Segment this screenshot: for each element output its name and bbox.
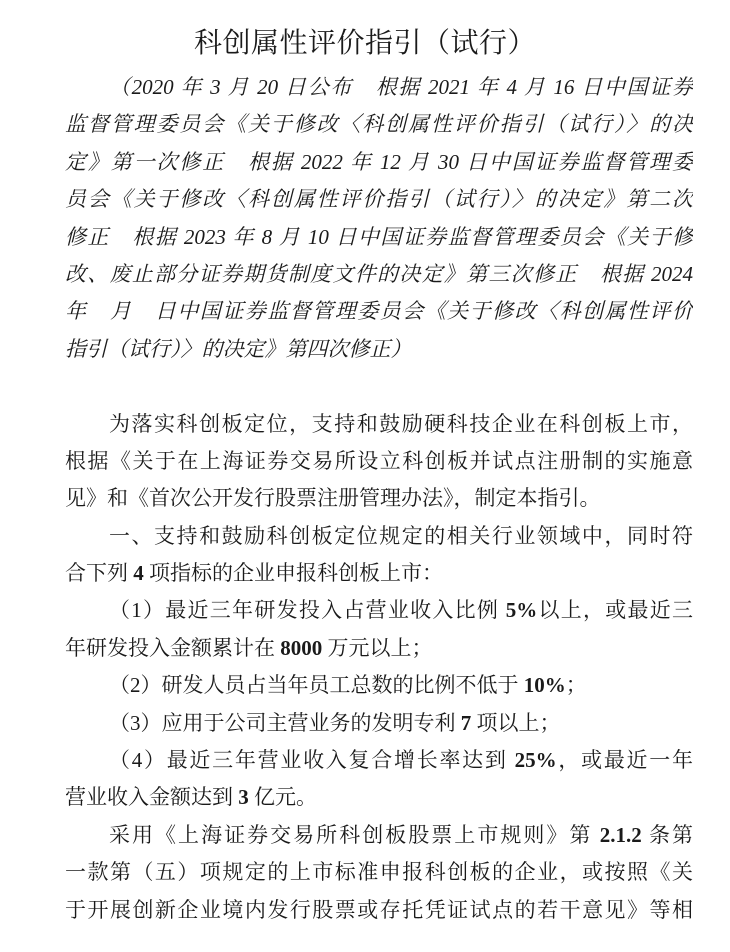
text-line: 采用《上海证券交易所科创板股票上市规则》第 2.1.2 条第 (65, 817, 693, 854)
text-segment: （3）应用于公司主营业务的发明专利 (109, 711, 461, 735)
text-segment: 项以上； (471, 711, 560, 735)
document-body: （2020 年 3 月 20 日公布 根据 2021 年 4 月 16 日中国证… (65, 69, 693, 929)
text-line: （3）应用于公司主营业务的发明专利 7 项以上； (65, 705, 693, 742)
bold-number: 2.1.2 (600, 823, 642, 847)
text-segment: 改、废止部分证券期货制度文件的决定》第三次修正 根据 2024 (65, 262, 693, 286)
text-line: 营业收入金额达到 3 亿元。 (65, 779, 693, 816)
paragraph: 采用《上海证券交易所科创板股票上市规则》第 2.1.2 条第一款第（五）项规定的… (65, 817, 693, 929)
text-segment: 营业收入金额达到 (65, 785, 238, 809)
text-segment: 于开展创新企业境内发行股票或存托凭证试点的若干意见》等相 (65, 898, 693, 922)
text-segment: ； (566, 673, 587, 697)
text-segment: （1）最近三年研发投入占营业收入比例 (109, 598, 506, 622)
text-segment: 合下列 (65, 561, 133, 585)
text-segment: 采用《上海证券交易所科创板股票上市规则》第 (109, 823, 600, 847)
bold-number: 25% (515, 748, 557, 772)
paragraph: （2020 年 3 月 20 日公布 根据 2021 年 4 月 16 日中国证… (65, 69, 693, 368)
text-segment: 项指标的企业申报科创板上市： (144, 561, 443, 585)
bold-number: 7 (461, 711, 472, 735)
text-segment: 指引（试行）〉的决定》第四次修正） (65, 337, 412, 361)
text-line: 员会《关于修改〈科创属性评价指引（试行）〉的决定》第二次 (65, 181, 693, 218)
text-line: 监督管理委员会《关于修改〈科创属性评价指引（试行）〉的决 (65, 106, 693, 143)
text-segment: （4）最近三年营业收入复合增长率达到 (109, 748, 515, 772)
text-segment: 一、支持和鼓励科创板定位规定的相关行业领域中，同时符 (109, 524, 693, 548)
text-segment: 为落实科创板定位，支持和鼓励硬科技企业在科创板上市， (109, 412, 693, 436)
text-segment: 修正 根据 2023 年 8 月 10 日中国证券监督管理委员会《关于修 (65, 225, 693, 249)
text-line: 合下列 4 项指标的企业申报科创板上市： (65, 555, 693, 592)
text-segment: 一款第（五）项规定的上市标准申报科创板的企业，或按照《关 (65, 860, 693, 884)
text-line: 见》和《首次公开发行股票注册管理办法》，制定本指引。 (65, 480, 693, 517)
text-segment: 年研发投入金额累计在 (65, 636, 280, 660)
text-segment: 定》第一次修正 根据 2022 年 12 月 30 日中国证券监督管理委 (65, 150, 693, 174)
paragraph: （1）最近三年研发投入占营业收入比例 5%以上，或最近三年研发投入金额累计在 8… (65, 592, 693, 667)
text-line: 年研发投入金额累计在 8000 万元以上； (65, 630, 693, 667)
text-segment: （2020 年 3 月 20 日公布 根据 2021 年 4 月 16 日中国证… (109, 75, 693, 99)
text-segment: 根据《关于在上海证券交易所设立科创板并试点注册制的实施意 (65, 449, 693, 473)
bold-number: 3 (238, 785, 249, 809)
paragraph: （2）研发人员占当年员工总数的比例不低于 10%； (65, 667, 693, 704)
text-line: 年 月 日中国证券监督管理委员会《关于修改〈科创属性评价 (65, 293, 693, 330)
document-page: 科创属性评价指引（试行） （2020 年 3 月 20 日公布 根据 2021 … (0, 0, 730, 952)
text-line: （2020 年 3 月 20 日公布 根据 2021 年 4 月 16 日中国证… (65, 69, 693, 106)
text-segment: （2）研发人员占当年员工总数的比例不低于 (109, 673, 524, 697)
document-title: 科创属性评价指引（试行） (0, 0, 730, 63)
paragraph: （4）最近三年营业收入复合增长率达到 25%，或最近一年营业收入金额达到 3 亿… (65, 742, 693, 817)
text-line: （1）最近三年研发投入占营业收入比例 5%以上，或最近三 (65, 592, 693, 629)
bold-number: 8000 (280, 636, 322, 660)
text-segment: 年 月 日中国证券监督管理委员会《关于修改〈科创属性评价 (65, 299, 693, 323)
text-line: 一、支持和鼓励科创板定位规定的相关行业领域中，同时符 (65, 518, 693, 555)
text-line: 指引（试行）〉的决定》第四次修正） (65, 331, 693, 368)
text-line: 于开展创新企业境内发行股票或存托凭证试点的若干意见》等相 (65, 892, 693, 929)
text-segment: 条第 (642, 823, 693, 847)
text-line: 根据《关于在上海证券交易所设立科创板并试点注册制的实施意 (65, 443, 693, 480)
text-segment: 监督管理委员会《关于修改〈科创属性评价指引（试行）〉的决 (65, 112, 693, 136)
text-line: （4）最近三年营业收入复合增长率达到 25%，或最近一年 (65, 742, 693, 779)
paragraph: 为落实科创板定位，支持和鼓励硬科技企业在科创板上市，根据《关于在上海证券交易所设… (65, 406, 693, 518)
text-line: 改、废止部分证券期货制度文件的决定》第三次修正 根据 2024 (65, 256, 693, 293)
bold-number: 4 (133, 561, 144, 585)
paragraph: （3）应用于公司主营业务的发明专利 7 项以上； (65, 705, 693, 742)
text-line: 为落实科创板定位，支持和鼓励硬科技企业在科创板上市， (65, 406, 693, 443)
text-line: 定》第一次修正 根据 2022 年 12 月 30 日中国证券监督管理委 (65, 144, 693, 181)
text-segment: ，或最近一年 (557, 748, 693, 772)
text-line: 一款第（五）项规定的上市标准申报科创板的企业，或按照《关 (65, 854, 693, 891)
text-line: 修正 根据 2023 年 8 月 10 日中国证券监督管理委员会《关于修 (65, 219, 693, 256)
text-segment: 万元以上； (322, 636, 432, 660)
paragraph: 一、支持和鼓励科创板定位规定的相关行业领域中，同时符合下列 4 项指标的企业申报… (65, 518, 693, 593)
text-segment: 亿元。 (249, 785, 317, 809)
text-segment: 以上，或最近三 (537, 598, 693, 622)
text-segment: 员会《关于修改〈科创属性评价指引（试行）〉的决定》第二次 (65, 187, 693, 211)
text-line: （2）研发人员占当年员工总数的比例不低于 10%； (65, 667, 693, 704)
bold-number: 10% (524, 673, 566, 697)
bold-number: 5% (506, 598, 538, 622)
text-segment: 见》和《首次公开发行股票注册管理办法》，制定本指引。 (65, 486, 601, 510)
